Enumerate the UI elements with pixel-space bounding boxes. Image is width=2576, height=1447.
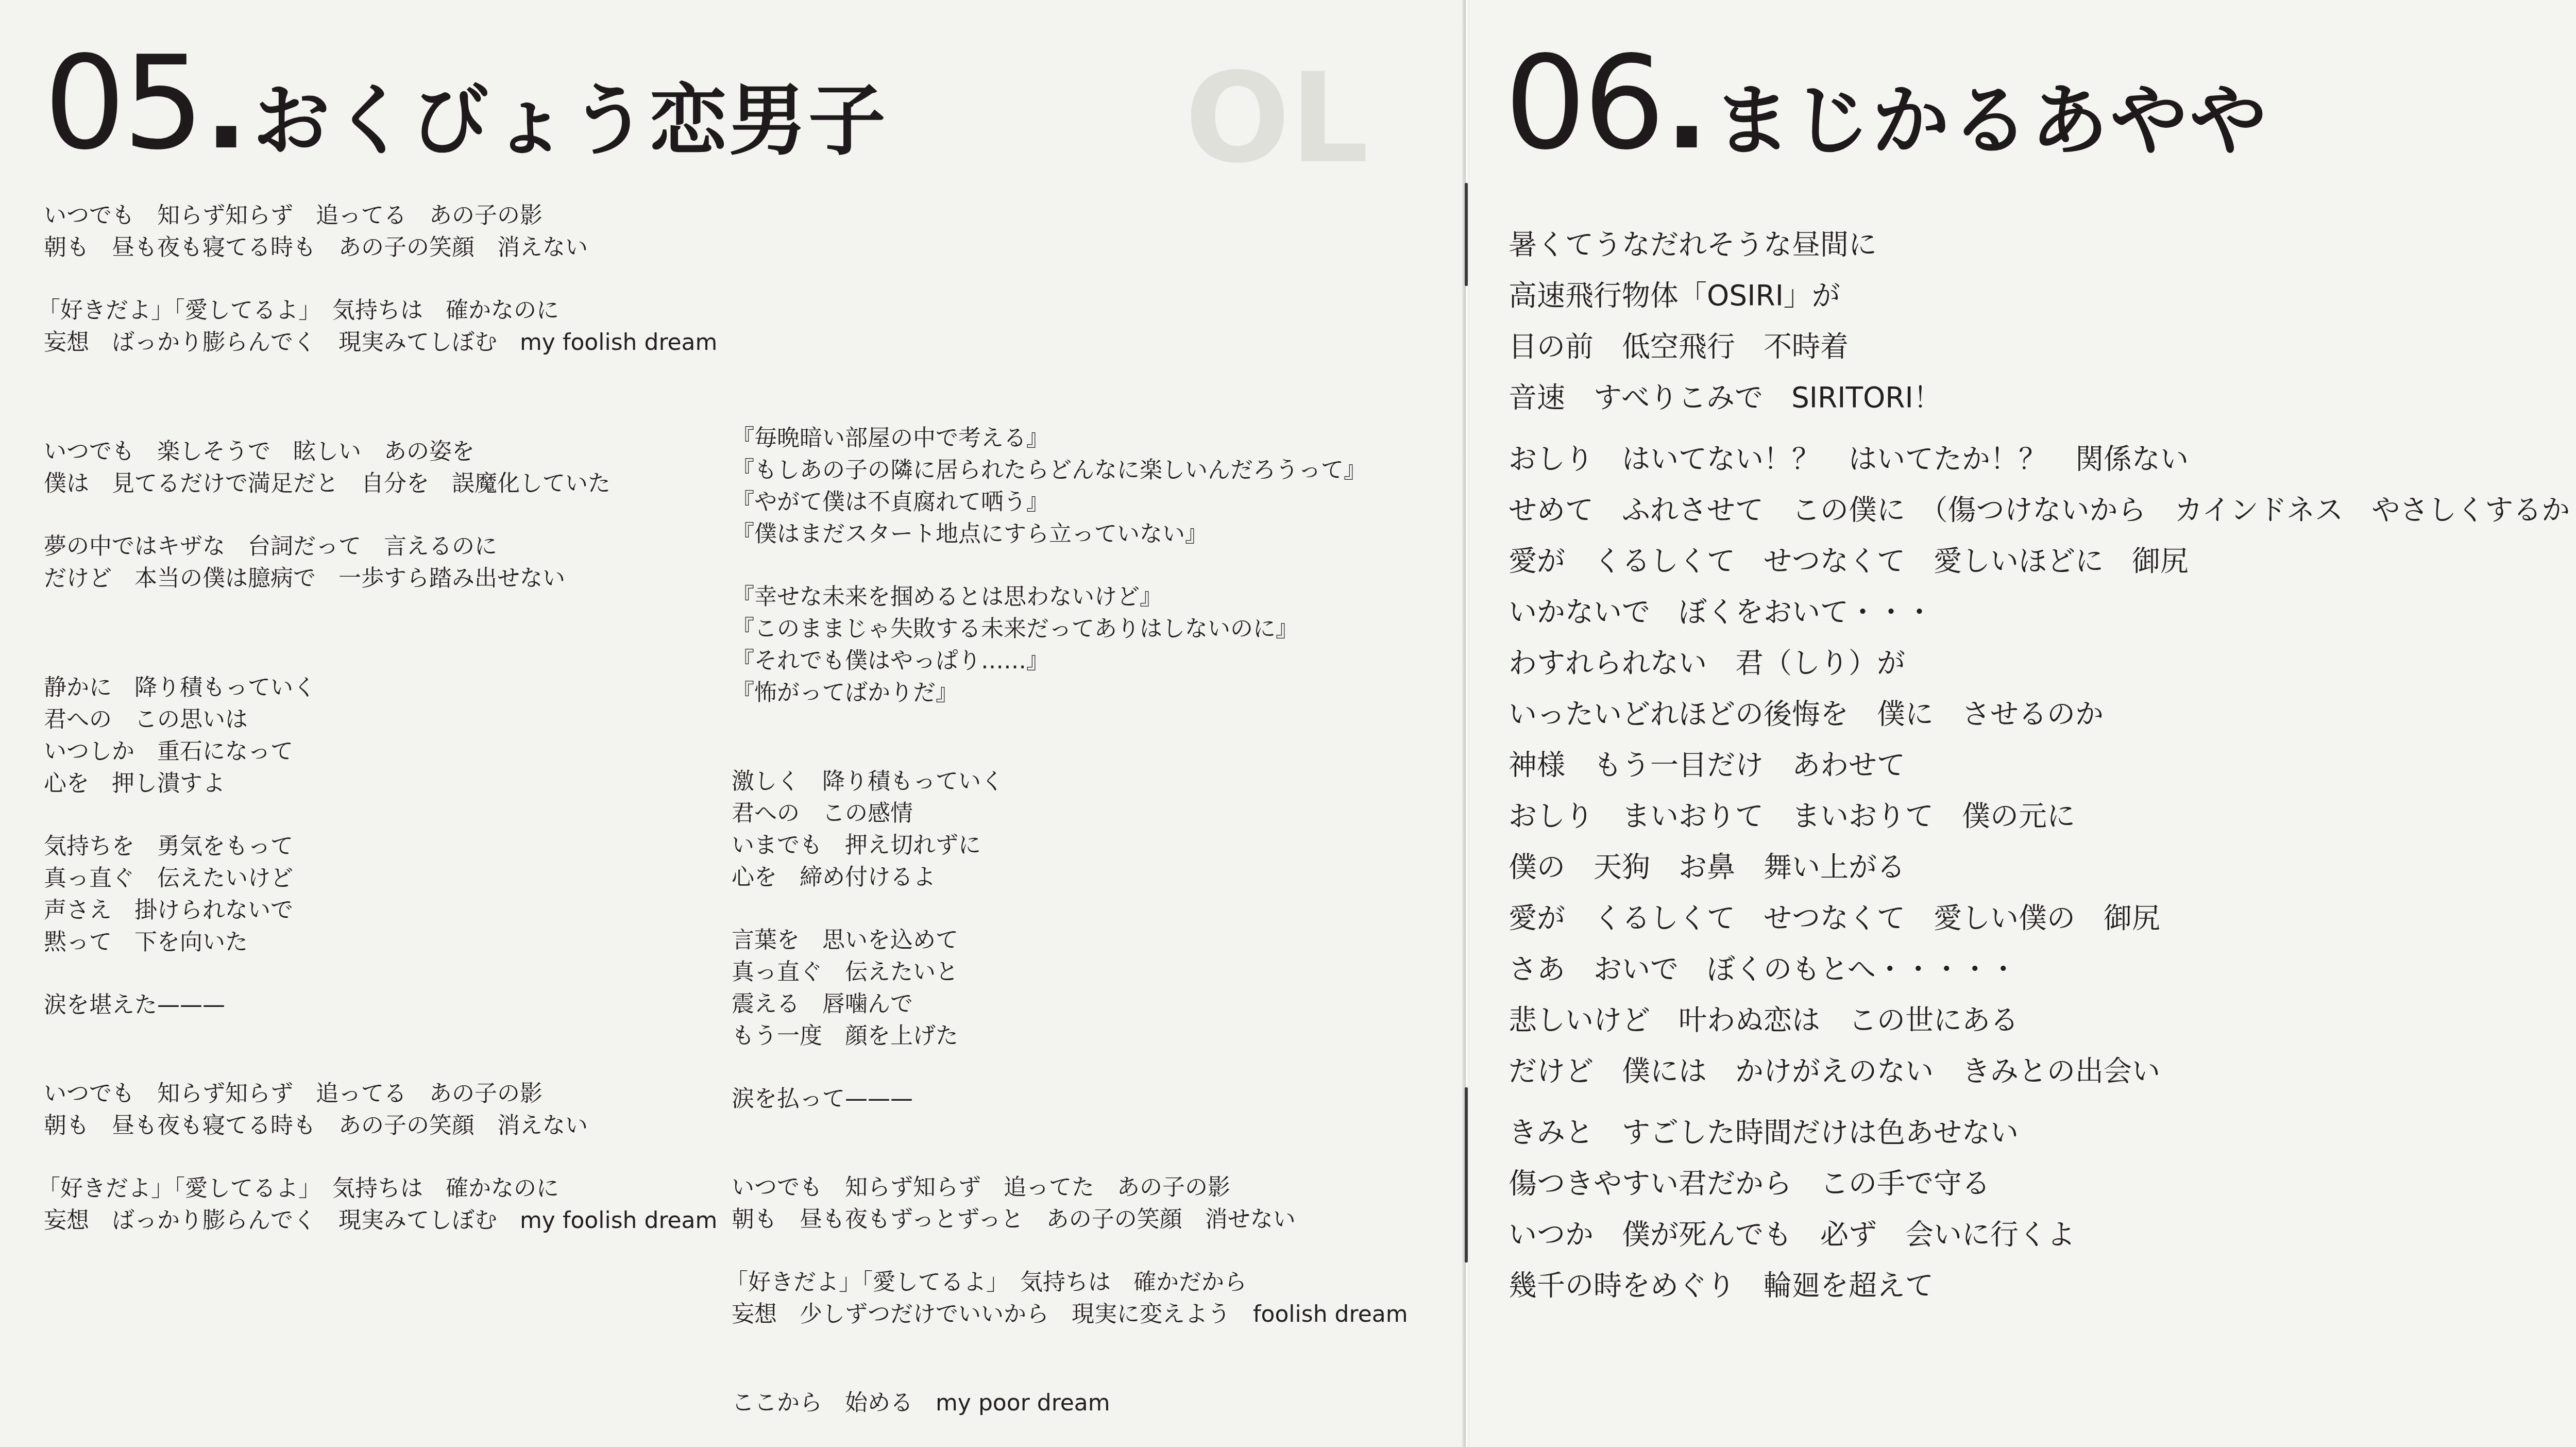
track-number: 06 bbox=[1504, 39, 1662, 167]
lyrics-column: 暑くてうなだれそうな昼間に 高速飛行物体「OSIRI」が 目の前 低空飛行 不時… bbox=[1509, 219, 2576, 1321]
lyric-line: 「好きだよ」「愛してるよ」 気持ちは 確かなのに bbox=[38, 1173, 717, 1205]
lyric-line: 妄想 少しずつだけでいいから 現実に変えよう foolish dream bbox=[732, 1299, 1408, 1331]
lyric-line: いまでも 押え切れずに bbox=[732, 830, 1408, 862]
lyric-line: 黙って 下を向いた bbox=[44, 927, 717, 958]
lyric-line: 朝も 昼も夜もずっとずっと あの子の笑顔 消せない bbox=[732, 1204, 1408, 1236]
lyric-line: 『僕はまだスタート地点にすら立っていない』 bbox=[732, 518, 1408, 550]
stanza: いつでも 知らず知らず 追ってる あの子の影 朝も 昼も夜も寝てる時も あの子の… bbox=[44, 1078, 717, 1142]
stanza: 気持ちを 勇気をもって 真っ直ぐ 伝えたいけど 声さえ 掛けられないで 黙って … bbox=[44, 831, 717, 958]
lyric-line: 傷つきやすい君だから この手で守る bbox=[1509, 1158, 2576, 1209]
lyric-line: 涙を払って——— bbox=[732, 1083, 1408, 1115]
stanza: 激しく 降り積もっていく 君への この感情 いまでも 押え切れずに 心を 締め付… bbox=[732, 766, 1408, 894]
lyric-line: 幾千の時をめぐり 輪廻を超えて bbox=[1509, 1260, 2576, 1311]
right-page: 07. 06 . まじかるあやや 暑くてうなだれそうな昼間に 高速飛行物体「OS… bbox=[1466, 0, 2576, 1447]
lyric-line: 僕の 天狗 お鼻 舞い上がる bbox=[1509, 842, 2576, 893]
lyric-line: いったいどれほどの後悔を 僕に させるのか bbox=[1509, 688, 2576, 739]
stanza: 言葉を 思いを込めて 真っ直ぐ 伝えたいと 震える 唇噛んで もう一度 顔を上げ… bbox=[732, 924, 1408, 1052]
stanza: いつでも 楽しそうで 眩しい あの姿を 僕は 見てるだけで満足だと 自分を 誤魔… bbox=[44, 436, 717, 500]
lyric-line: 音速 すべりこみで SIRITORI！ bbox=[1509, 372, 2576, 423]
lyric-line: 気持ちを 勇気をもって bbox=[44, 831, 717, 863]
lyric-line: わすれられない 君（しり）が bbox=[1509, 637, 2576, 688]
lyric-line: 朝も 昼も夜も寝てる時も あの子の笑顔 消えない bbox=[44, 232, 717, 264]
booklet-spread: OL 05 . おくびょう恋男子 いつでも 知らず知らず 追ってる あの子の影 … bbox=[0, 0, 2576, 1447]
track-title: おくびょう恋男子 bbox=[253, 82, 888, 160]
show-through-ghost: OL bbox=[1185, 46, 1369, 191]
lyric-line: おしり まいおりて まいおりて 僕の元に bbox=[1509, 790, 2576, 842]
lyric-line: 『やがて僕は不貞腐れて哂う』 bbox=[732, 486, 1408, 518]
lyric-line: 暑くてうなだれそうな昼間に bbox=[1509, 219, 2576, 270]
lyric-line: 真っ直ぐ 伝えたいと bbox=[732, 956, 1408, 988]
stanza: 『幸せな未来を掴めるとは思わないけど』 『このままじゃ失敗する未来だってありはし… bbox=[732, 581, 1408, 709]
lyric-line: 朝も 昼も夜も寝てる時も あの子の笑顔 消えない bbox=[44, 1110, 717, 1142]
lyric-line: 愛が くるしくて せつなくて 愛しいほどに 御尻 bbox=[1509, 535, 2576, 586]
stanza: 静かに 降り積もっていく 君への この思いは いつしか 重石になって 心を 押し… bbox=[44, 672, 717, 800]
staple-bottom bbox=[1465, 1087, 1468, 1263]
stanza: ここから 始める my poor dream bbox=[732, 1387, 1408, 1419]
lyric-line: いつでも 楽しそうで 眩しい あの姿を bbox=[44, 436, 717, 468]
lyric-line: 震える 唇噛んで bbox=[732, 988, 1408, 1020]
lyric-line: 『怖がってばかりだ』 bbox=[732, 677, 1408, 709]
lyric-line: 心を 押し潰すよ bbox=[44, 768, 717, 800]
track-06-heading: 06 . まじかるあやや bbox=[1504, 39, 2269, 167]
lyric-line: 心を 締め付けるよ bbox=[732, 862, 1408, 894]
lyric-line: 夢の中ではキザな 台詞だって 言えるのに bbox=[44, 531, 717, 563]
lyric-line: 妄想 ばっかり膨らんでく 現実みてしぼむ my foolish dream bbox=[44, 1205, 717, 1237]
lyric-line: だけど 僕には かけがえのない きみとの出会い bbox=[1509, 1046, 2576, 1097]
lyric-line: いつでも 知らず知らず 追ってた あの子の影 bbox=[732, 1172, 1408, 1204]
lyric-line: いつか 僕が死んでも 必ず 会いに行くよ bbox=[1509, 1209, 2576, 1260]
lyric-line: 声さえ 掛けられないで bbox=[44, 895, 717, 927]
lyric-line: 神様 もう一目だけ あわせて bbox=[1509, 739, 2576, 790]
lyric-line: 君への この感情 bbox=[732, 798, 1408, 830]
lyric-line: 僕は 見てるだけで満足だと 自分を 誤魔化していた bbox=[44, 468, 717, 500]
track-number: 05 bbox=[44, 39, 201, 167]
lyric-line: おしり はいてない！？ はいてたか！？ 関係ない bbox=[1509, 433, 2576, 484]
lyric-line: いつでも 知らず知らず 追ってる あの子の影 bbox=[44, 1078, 717, 1110]
lyric-line: さあ おいで ぼくのもとへ・・・・・ bbox=[1509, 944, 2576, 995]
stanza: 「好きだよ」「愛してるよ」 気持ちは 確かなのに 妄想 ばっかり膨らんでく 現実… bbox=[44, 1173, 717, 1237]
lyric-line: 『もしあの子の隣に居られたらどんなに楽しいんだろうって』 bbox=[732, 455, 1408, 486]
lyric-line: 『このままじゃ失敗する未来だってありはしないのに』 bbox=[732, 613, 1408, 645]
lyric-line: 目の前 低空飛行 不時着 bbox=[1509, 321, 2576, 372]
staple-top bbox=[1465, 183, 1468, 286]
lyric-line: いつでも 知らず知らず 追ってる あの子の影 bbox=[44, 200, 717, 232]
stanza: おしり はいてない！？ はいてたか！？ 関係ない せめて ふれさせて この僕に … bbox=[1509, 433, 2576, 1097]
track-05-heading: 05 . おくびょう恋男子 bbox=[44, 39, 888, 167]
stanza: いつでも 知らず知らず 追ってる あの子の影 朝も 昼も夜も寝てる時も あの子の… bbox=[44, 200, 717, 264]
lyric-line: 涙を堪えた——— bbox=[44, 989, 717, 1021]
lyric-line: ここから 始める my poor dream bbox=[732, 1387, 1408, 1419]
track-title: まじかるあやや bbox=[1714, 82, 2269, 160]
lyric-line: 『それでも僕はやっぱり……』 bbox=[732, 645, 1408, 677]
lyric-line: 悲しいけど 叶わぬ恋は この世にある bbox=[1509, 995, 2576, 1046]
lyric-line: 妄想 ばっかり膨らんでく 現実みてしぼむ my foolish dream bbox=[44, 327, 717, 359]
lyric-line: だけど 本当の僕は臆病で 一歩すら踏み出せない bbox=[44, 563, 717, 595]
track-separator: . bbox=[205, 52, 248, 165]
stanza: 『毎晩暗い部屋の中で考える』 『もしあの子の隣に居られたらどんなに楽しいんだろう… bbox=[732, 423, 1408, 550]
stanza: 「好きだよ」「愛してるよ」 気持ちは 確かなのに 妄想 ばっかり膨らんでく 現実… bbox=[44, 295, 717, 359]
lyric-line: 君への この思いは bbox=[44, 704, 717, 736]
stanza: 涙を堪えた——— bbox=[44, 989, 717, 1021]
stanza: 「好きだよ」「愛してるよ」 気持ちは 確かだから 妄想 少しずつだけでいいから … bbox=[732, 1267, 1408, 1331]
lyrics-column-2: 『毎晩暗い部屋の中で考える』 『もしあの子の隣に居られたらどんなに楽しいんだろう… bbox=[732, 423, 1408, 1447]
lyrics-column-1: いつでも 知らず知らず 追ってる あの子の影 朝も 昼も夜も寝てる時も あの子の… bbox=[44, 200, 717, 1268]
lyric-line: 静かに 降り積もっていく bbox=[44, 672, 717, 704]
lyric-line: 言葉を 思いを込めて bbox=[732, 924, 1408, 956]
stanza: きみと すごした時間だけは色あせない 傷つきやすい君だから この手で守る いつか… bbox=[1509, 1107, 2576, 1311]
stanza: 涙を払って——— bbox=[732, 1083, 1408, 1115]
stanza: 暑くてうなだれそうな昼間に 高速飛行物体「OSIRI」が 目の前 低空飛行 不時… bbox=[1509, 219, 2576, 423]
lyric-line: 『幸せな未来を掴めるとは思わないけど』 bbox=[732, 581, 1408, 613]
stanza: いつでも 知らず知らず 追ってた あの子の影 朝も 昼も夜もずっとずっと あの子… bbox=[732, 1172, 1408, 1236]
lyric-line: いかないで ぼくをおいて・・・ bbox=[1509, 586, 2576, 637]
lyric-line: 高速飛行物体「OSIRI」が bbox=[1509, 270, 2576, 321]
stanza: 夢の中ではキザな 台詞だって 言えるのに だけど 本当の僕は臆病で 一歩すら踏み… bbox=[44, 531, 717, 595]
lyric-line: 「好きだよ」「愛してるよ」 気持ちは 確かなのに bbox=[38, 295, 717, 327]
track-separator: . bbox=[1665, 52, 1708, 165]
lyric-line: 『毎晩暗い部屋の中で考える』 bbox=[732, 423, 1408, 455]
lyric-line: 真っ直ぐ 伝えたいけど bbox=[44, 863, 717, 895]
lyric-line: いつしか 重石になって bbox=[44, 736, 717, 768]
lyric-line: せめて ふれさせて この僕に （傷つけないから カインドネス やさしくするから … bbox=[1509, 484, 2576, 535]
lyric-line: もう一度 顔を上げた bbox=[732, 1020, 1408, 1052]
lyric-line: 愛が くるしくて せつなくて 愛しい僕の 御尻 bbox=[1509, 893, 2576, 944]
lyric-line: 激しく 降り積もっていく bbox=[732, 766, 1408, 798]
left-page: OL 05 . おくびょう恋男子 いつでも 知らず知らず 追ってる あの子の影 … bbox=[0, 0, 1466, 1447]
lyric-line: きみと すごした時間だけは色あせない bbox=[1509, 1107, 2576, 1158]
lyric-line: 「好きだよ」「愛してるよ」 気持ちは 確かだから bbox=[725, 1267, 1408, 1299]
